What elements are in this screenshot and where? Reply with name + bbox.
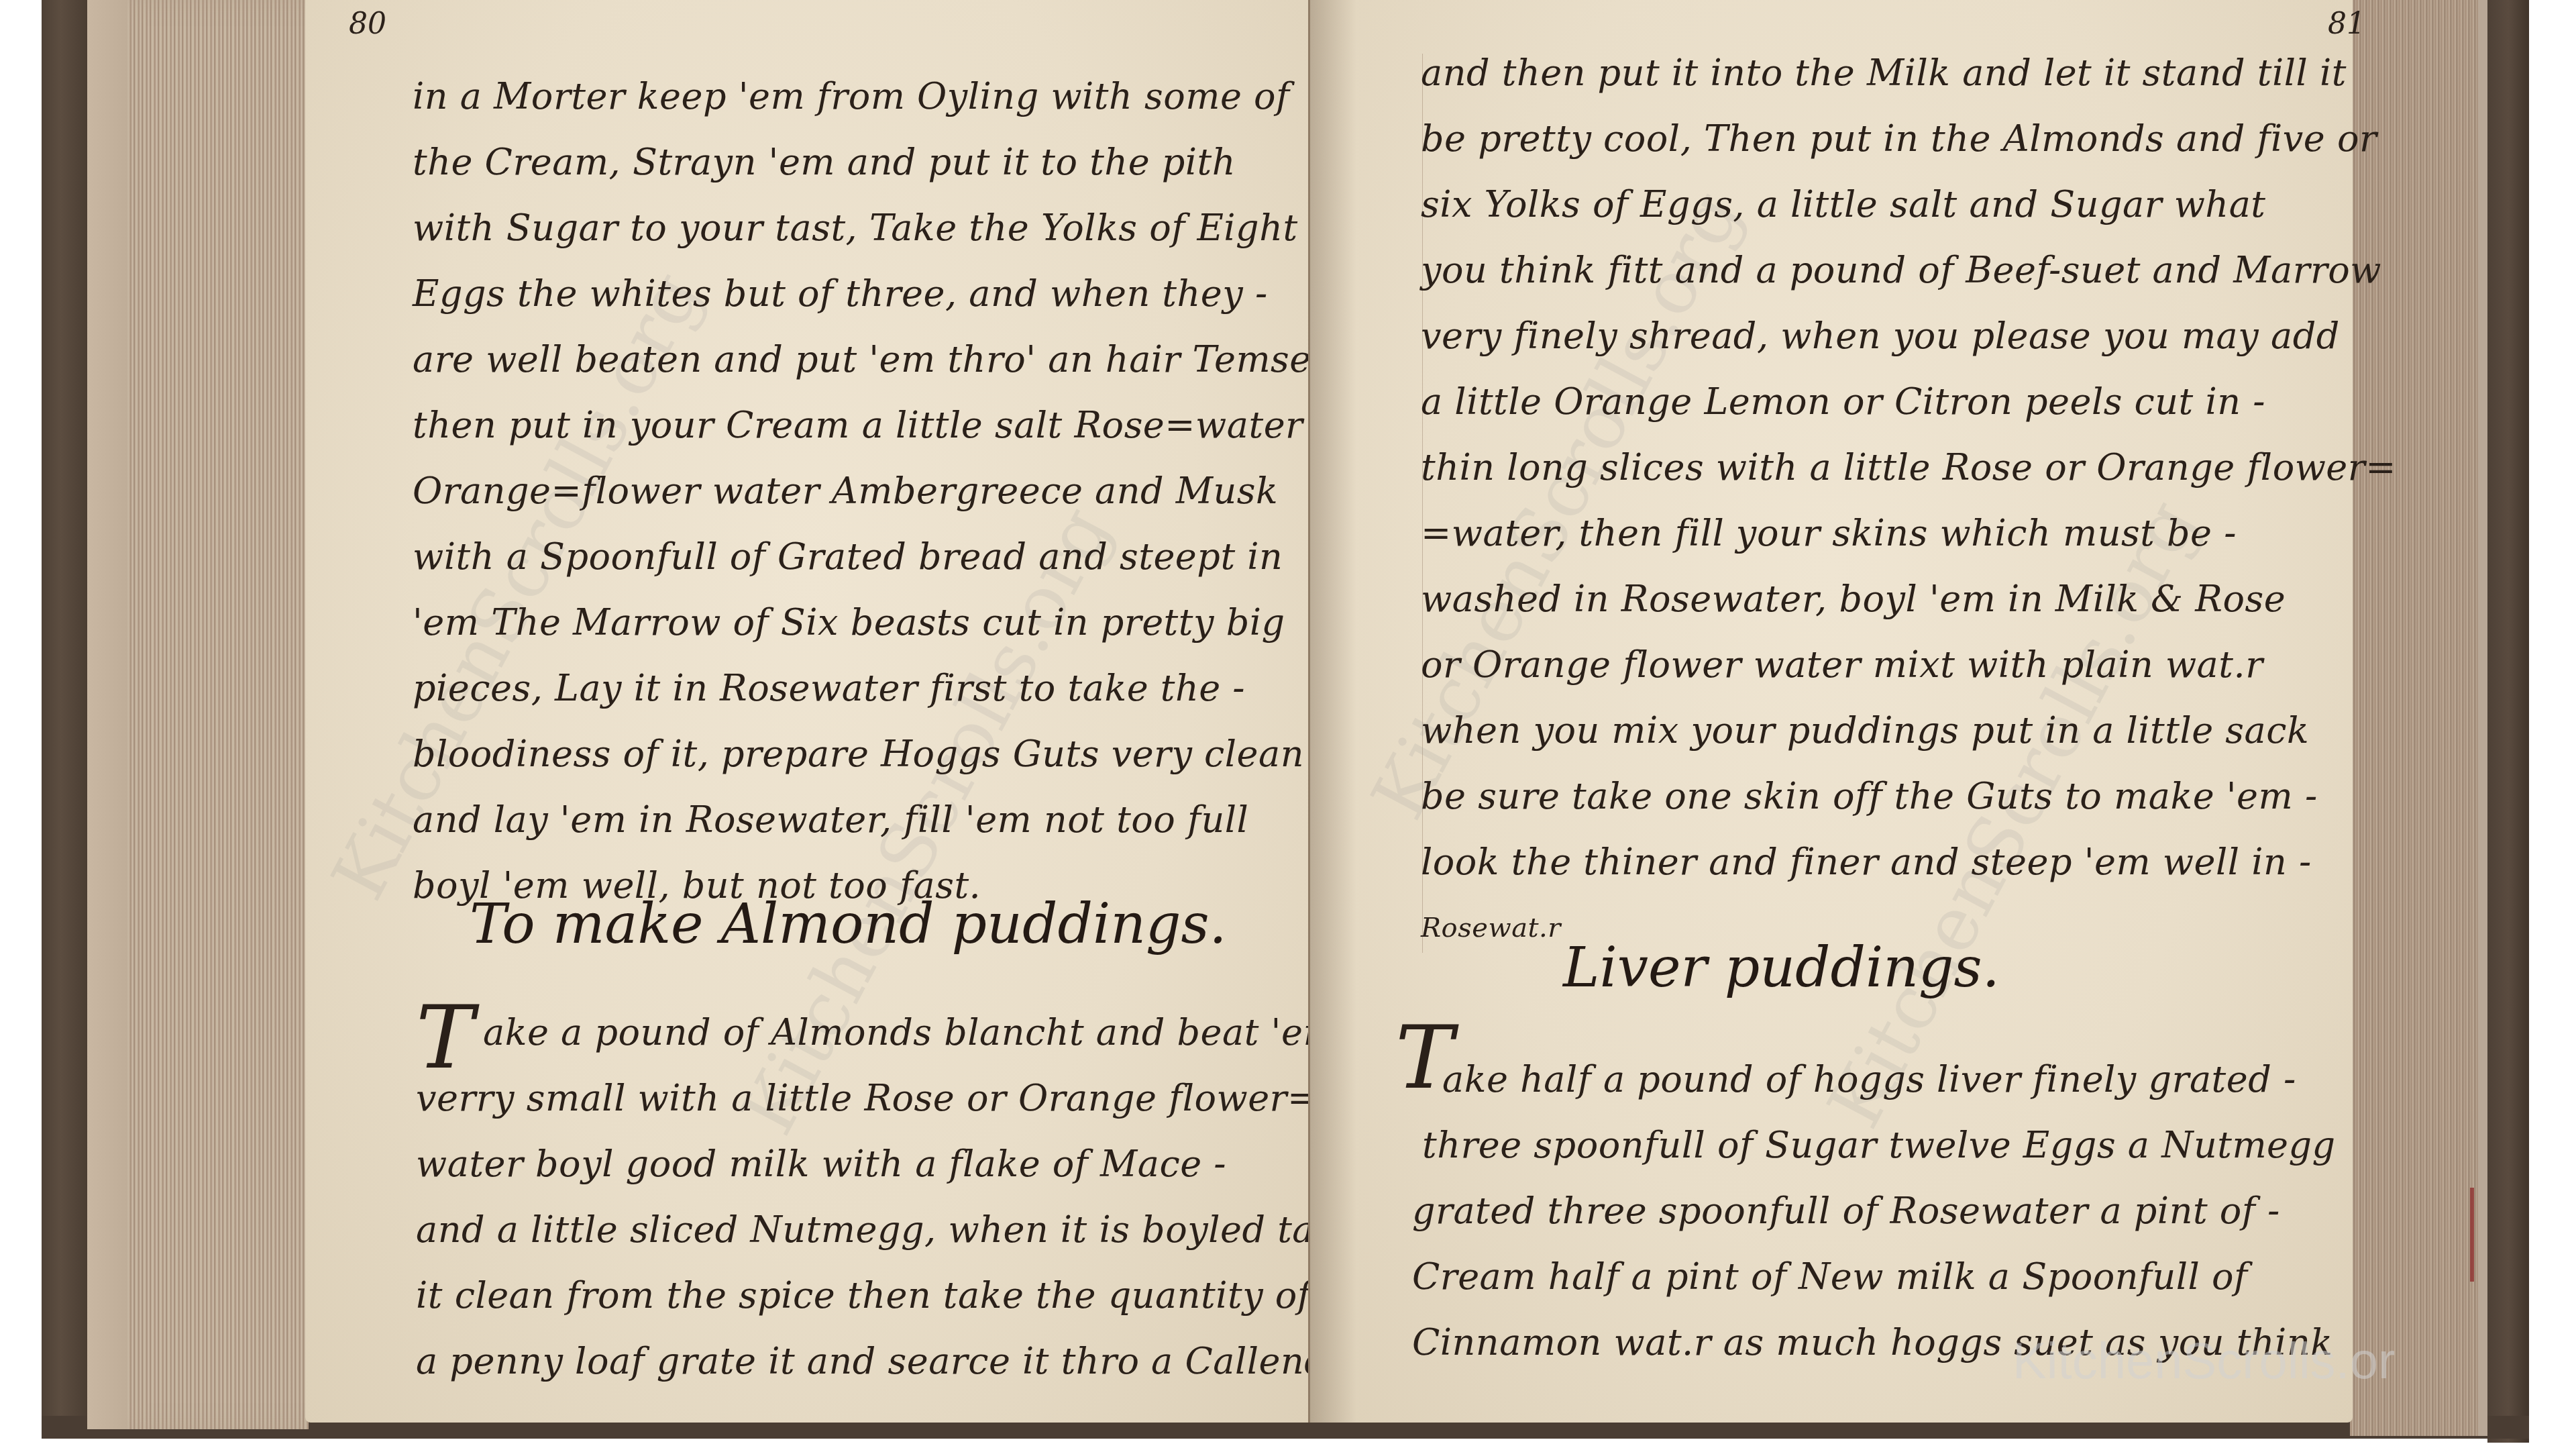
text-line: grated three spoonfull of Rosewater a pi… [1412, 1178, 2336, 1244]
right-cover-board [2487, 0, 2529, 1443]
page-number-left: 80 [349, 7, 386, 41]
text-line: washed in Rosewater, boyl 'em in Milk & … [1421, 566, 2396, 632]
right-page-continued-text: and then put it into the Milk and let it… [1421, 40, 2396, 961]
text-line: or Orange flower water mixt with plain w… [1421, 632, 2396, 698]
book-gutter [1308, 0, 1310, 1423]
text-line: with a Spoonfull of Grated bread and ste… [413, 524, 1311, 590]
text-line: three spoonfull of Sugar twelve Eggs a N… [1422, 1113, 2336, 1178]
text-line: when you mix your puddings put in a litt… [1421, 698, 2396, 764]
gutter-shadow [1309, 0, 1356, 1423]
text-line: are well beaten and put 'em thro' an hai… [413, 327, 1311, 393]
text-line: =water, then fill your skins which must … [1421, 501, 2396, 566]
ribbon-bookmark [2470, 1188, 2474, 1282]
text-line: thin long slices with a little Rose or O… [1421, 435, 2396, 501]
text-line: the Cream, Strayn 'em and put it to the … [413, 130, 1311, 195]
text-line: Cream half a pint of New milk a Spoonful… [1412, 1244, 2336, 1310]
liver-puddings-recipe-text: ake half a pound of hoggs liver finely g… [1442, 1047, 2336, 1376]
almond-puddings-recipe-text: ake a pound of Almonds blancht and beat … [483, 1000, 1367, 1394]
text-line: bloodiness of it, prepare Hoggs Guts ver… [413, 721, 1311, 787]
left-page-edges [87, 0, 309, 1429]
text-line: and lay 'em in Rosewater, fill 'em not t… [413, 787, 1311, 853]
left-cover-board [42, 0, 89, 1436]
text-line: with Sugar to your tast, Take the Yolks … [413, 195, 1311, 261]
text-line: 'em The Marrow of Six beasts cut in pret… [413, 590, 1311, 656]
text-line: be pretty cool, Then put in the Almonds … [1421, 106, 2396, 172]
text-line: water boyl good milk with a flake of Mac… [416, 1131, 1367, 1197]
text-line: very finely shread, when you please you … [1421, 303, 2396, 369]
text-line: ake a pound of Almonds blancht and beat … [483, 1000, 1367, 1066]
page-number-right: 81 [2328, 7, 2365, 41]
text-line: be sure take one skin off the Guts to ma… [1421, 764, 2396, 829]
text-line: it clean from the spice then take the qu… [416, 1263, 1367, 1329]
watermark-corner: KitchenScrolls.or [2012, 1332, 2395, 1390]
open-manuscript-book: 80 KitchenScrolls.org KitchenScrolls.org… [0, 0, 2576, 1444]
text-line: pieces, Lay it in Rosewater first to tak… [413, 656, 1311, 721]
text-line: in a Morter keep 'em from Oyling with so… [413, 64, 1311, 130]
text-line: six Yolks of Eggs, a little salt and Sug… [1421, 172, 2396, 238]
text-line: Orange=flower water Ambergreece and Musk [413, 458, 1311, 524]
text-line: verry small with a little Rose or Orange… [416, 1066, 1367, 1131]
text-line: ake half a pound of hoggs liver finely g… [1442, 1047, 2336, 1113]
left-page-continued-text: in a Morter keep 'em from Oyling with so… [413, 64, 1311, 919]
text-line: and then put it into the Milk and let it… [1421, 40, 2396, 106]
text-line: then put in your Cream a little salt Ros… [413, 393, 1311, 458]
text-line: a little Orange Lemon or Citron peels cu… [1421, 369, 2396, 435]
recipe-title-almond-puddings: To make Almond puddings. [470, 892, 1227, 956]
text-line: you think fitt and a pound of Beef-suet … [1421, 238, 2396, 303]
text-line: a penny loaf grate it and searce it thro… [416, 1329, 1367, 1394]
text-line: and a little sliced Nutmegg, when it is … [416, 1197, 1367, 1263]
text-line: Eggs the whites but of three, and when t… [413, 261, 1311, 327]
recipe-title-liver-puddings: Liver puddings. [1563, 936, 2000, 1000]
text-line: look the thiner and finer and steep 'em … [1421, 829, 2396, 895]
